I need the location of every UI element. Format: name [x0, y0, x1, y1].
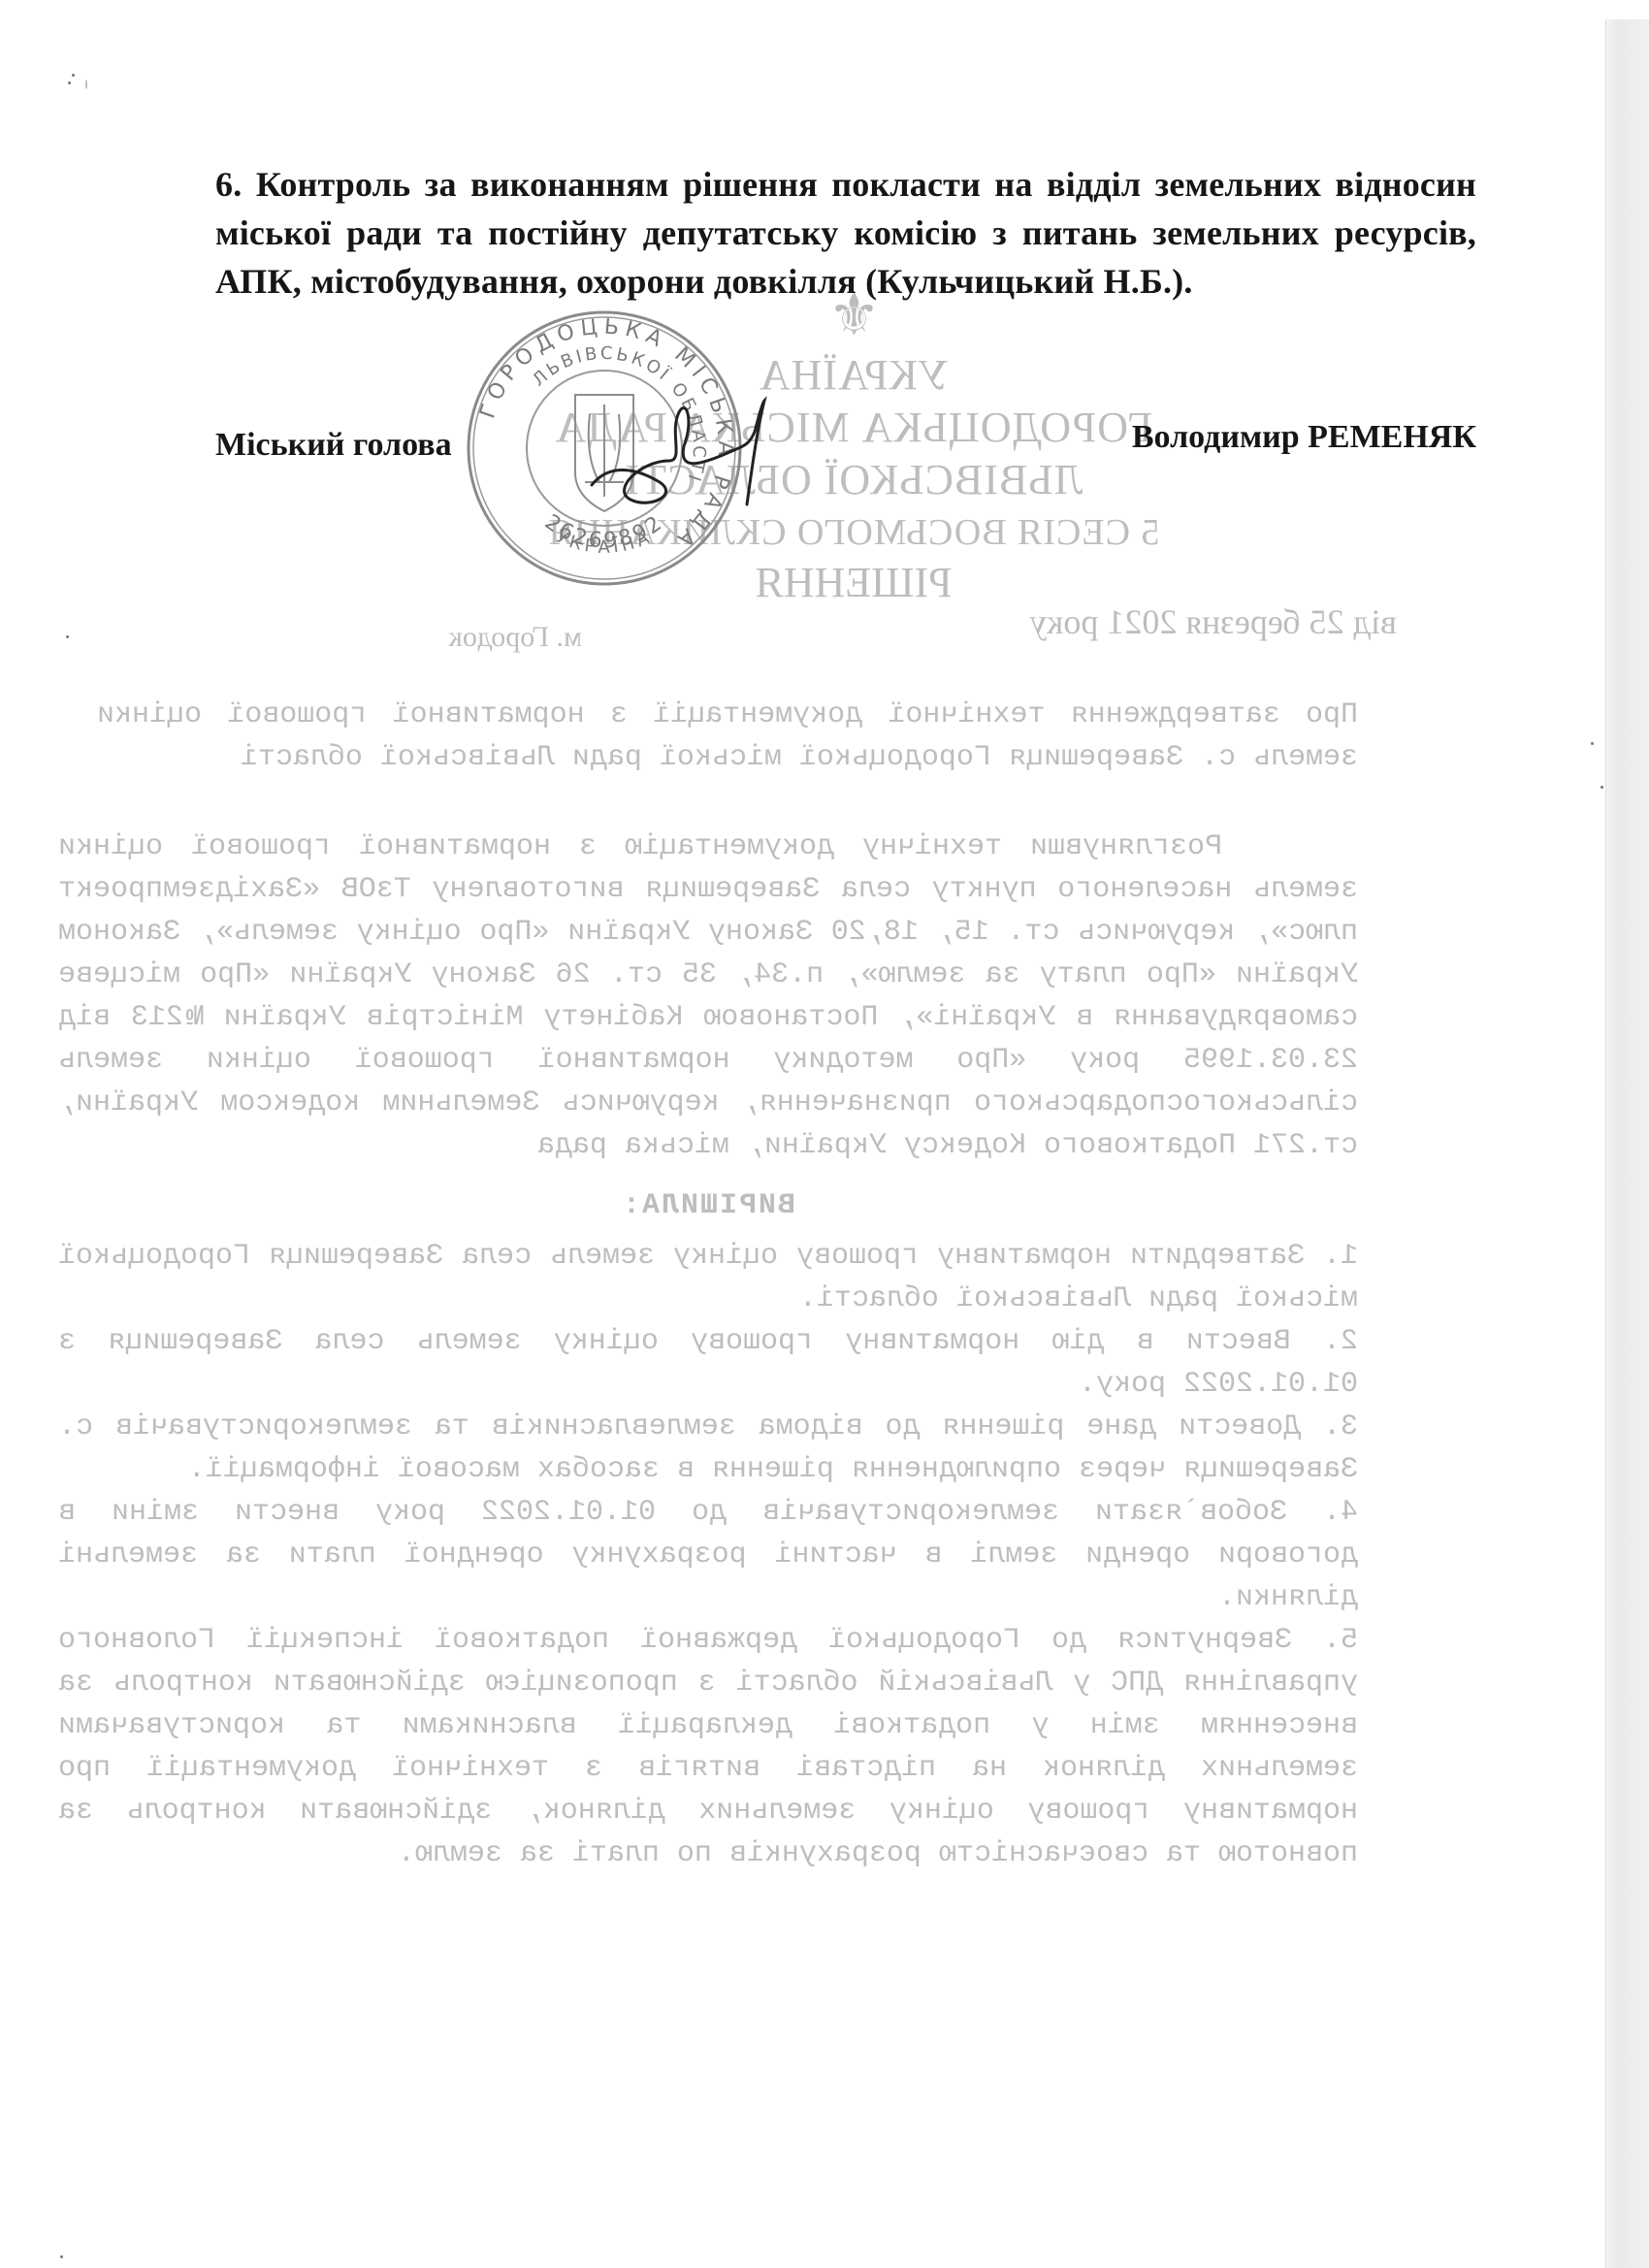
- bleed-item: 2. Ввести в дію нормативну грошову оцінк…: [58, 1320, 1358, 1406]
- signature-role: Міський голова: [215, 427, 452, 464]
- bleed-date: від 25 березня 2021 року: [1029, 601, 1397, 642]
- scan-dot: [1591, 742, 1594, 745]
- reverse-side-bleed-through: ⚜ УКРАЇНА ГОРОДОЦЬКА МІСЬКА РАДА ЛЬВІВСЬ…: [0, 0, 1649, 2268]
- signature-block: Міський голова Володимир РЕМЕНЯК: [215, 427, 1476, 485]
- bleed-item: 3. Довести дане рішення до відома землев…: [58, 1406, 1358, 1491]
- bleed-city: м. Городок: [448, 621, 582, 654]
- scan-page-edge: [1605, 19, 1649, 2268]
- signature-name: Володимир РЕМЕНЯК: [1132, 419, 1476, 456]
- bleed-resolve-heading: ВИРІШИЛА:: [58, 1184, 1358, 1227]
- document-body: 6. Контроль за виконанням рішення поклас…: [215, 160, 1476, 306]
- scan-dot: [66, 635, 69, 638]
- handwritten-signature: [572, 393, 776, 519]
- decision-item-6: 6. Контроль за виконанням рішення поклас…: [215, 160, 1476, 306]
- bleed-item: 4. Зобов`язати землекористувачів до 01.0…: [58, 1491, 1358, 1619]
- scan-specks: [58, 58, 97, 87]
- bleed-subject: Про затвердження технічної документації …: [97, 694, 1358, 779]
- scan-dot: [1600, 786, 1603, 789]
- bleed-preamble: Розглянувши технічну документацію з норм…: [58, 826, 1358, 1167]
- bleed-item: 5. Звернутися до Городоцької державної п…: [58, 1619, 1358, 1875]
- scan-dot: [60, 2255, 63, 2258]
- bleed-item: 1. Затвердити нормативну грошову оцінку …: [58, 1235, 1358, 1320]
- bleed-body: Про затвердження технічної документації …: [58, 694, 1358, 1875]
